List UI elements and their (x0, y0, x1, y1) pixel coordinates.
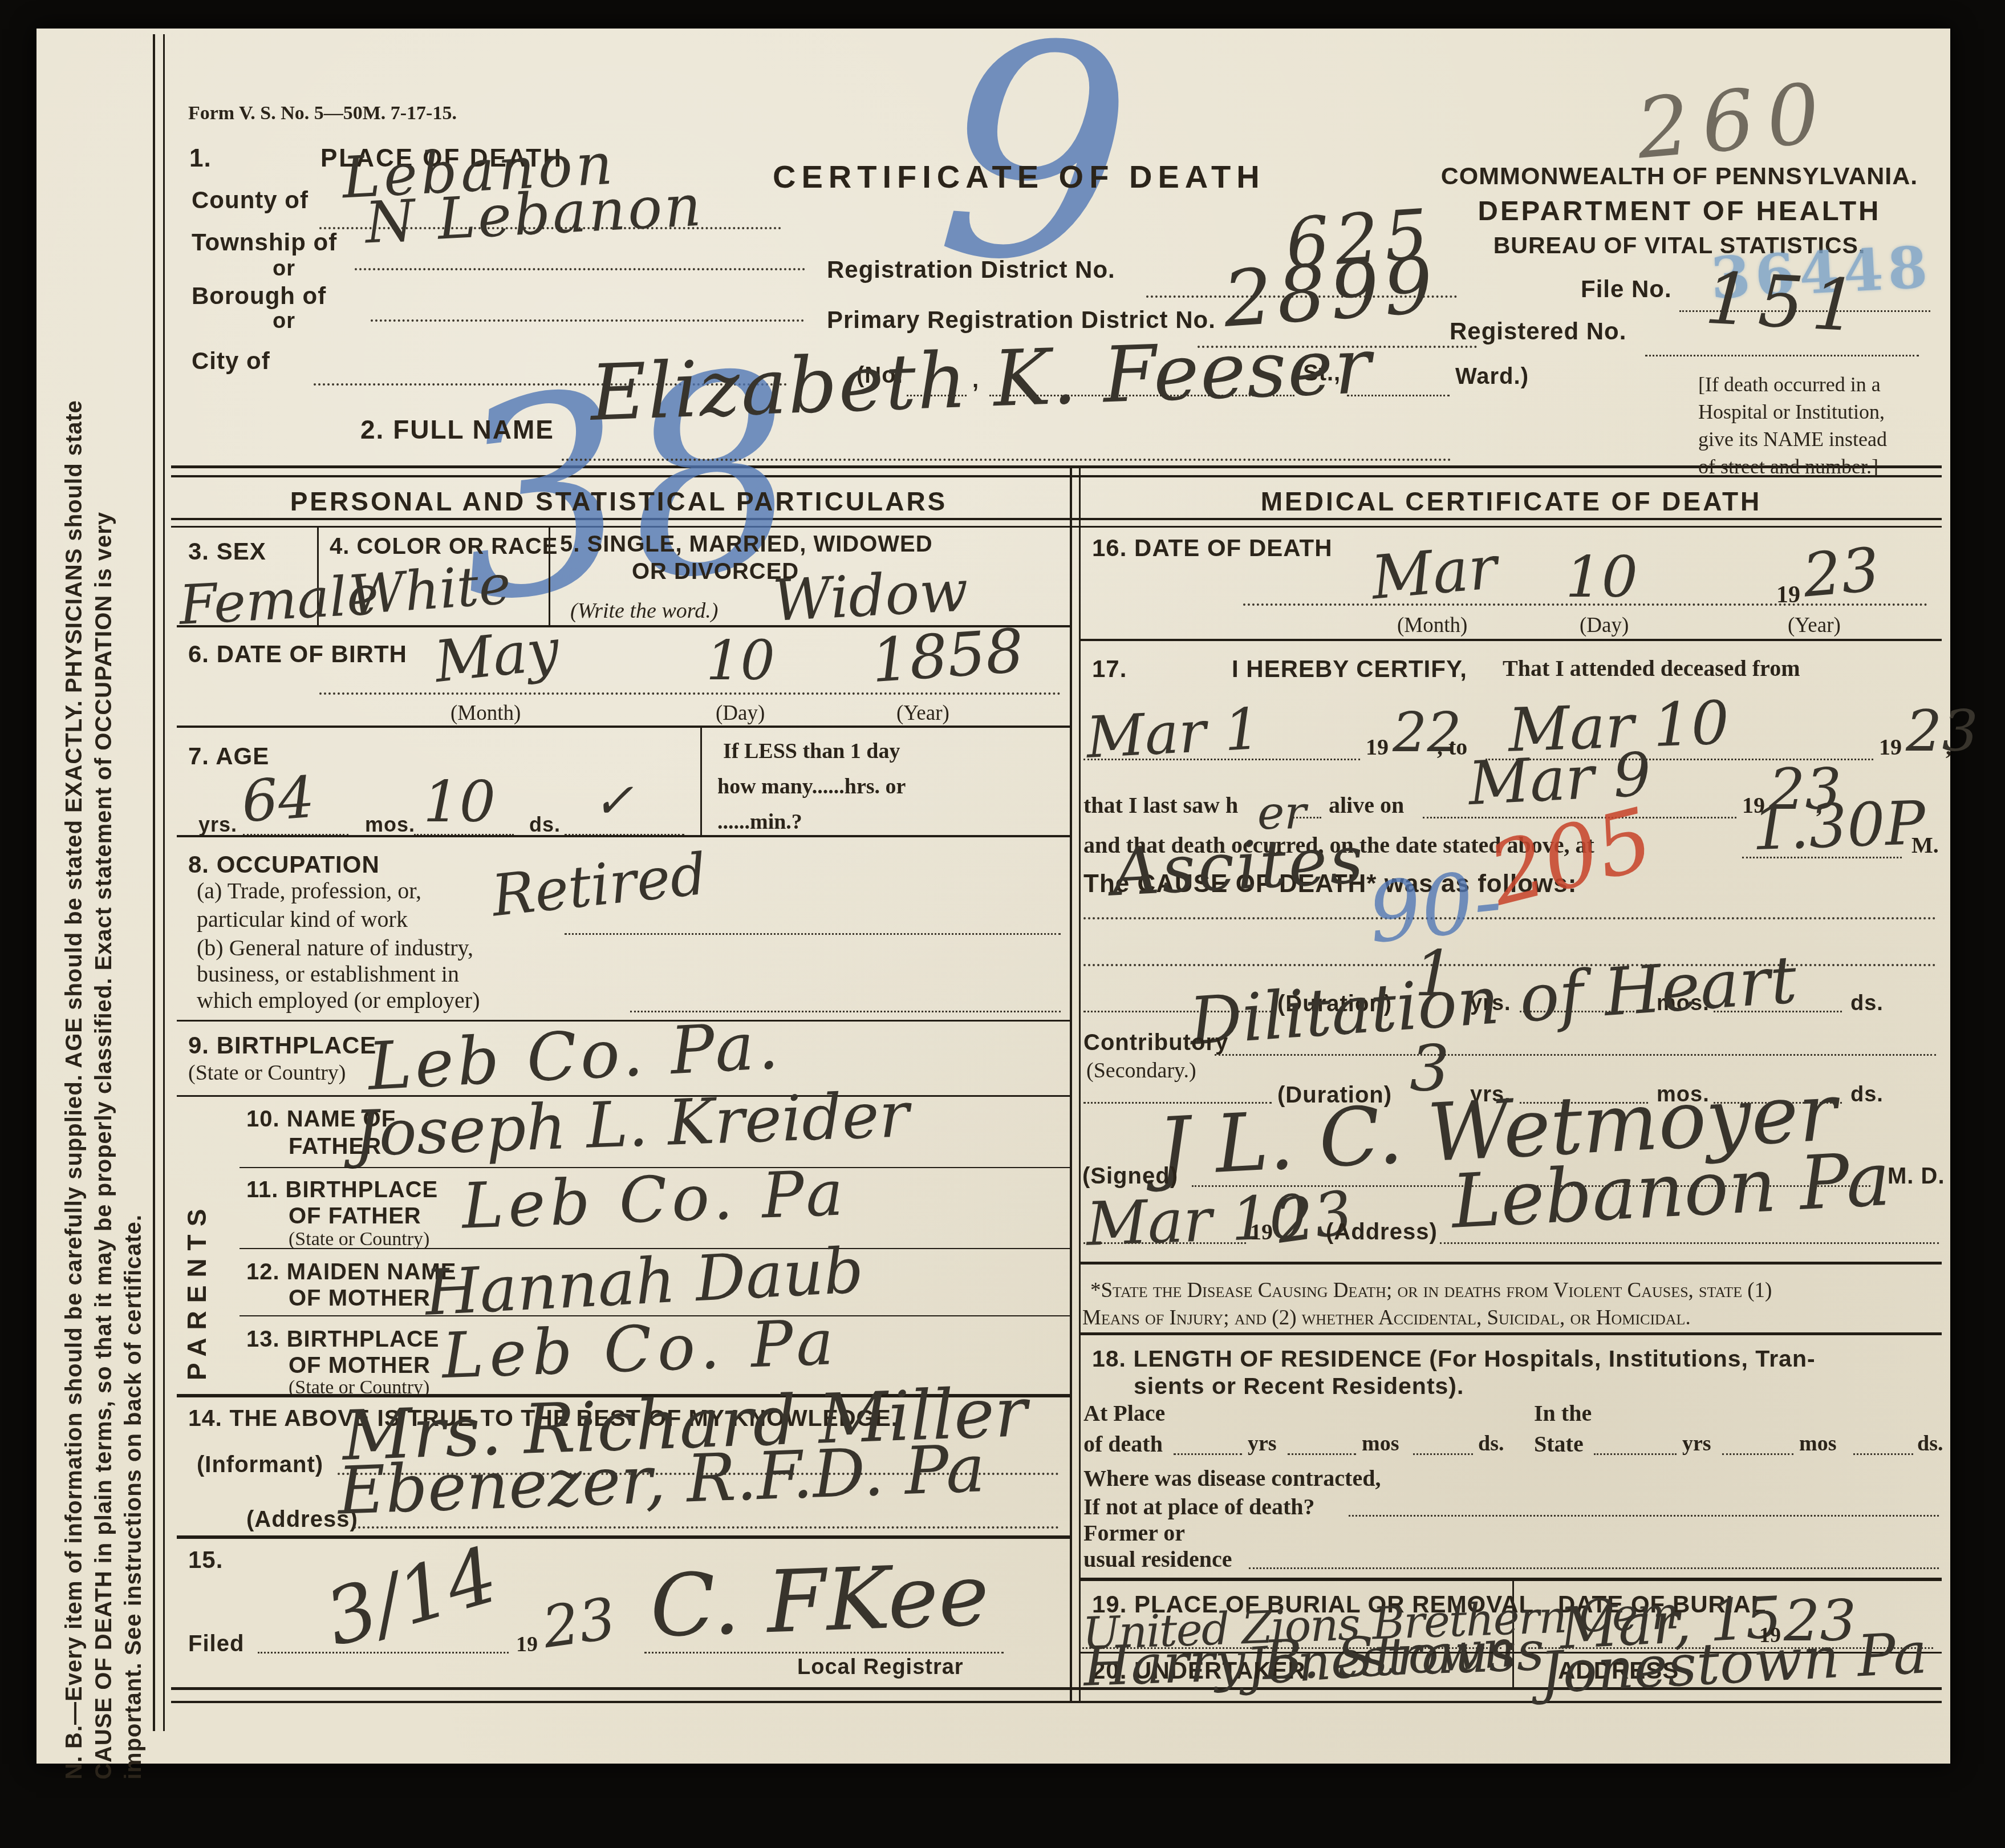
left-border-outer (153, 34, 155, 1731)
marital-value: Widow (772, 562, 970, 630)
hospital-note-line3: give its NAME instead (1698, 425, 1887, 453)
residence-label-line1: 18. LENGTH OF RESIDENCE (For Hospitals, … (1092, 1347, 1816, 1371)
date-of-death-month: Mar (1369, 538, 1500, 609)
column-divider-1 (1070, 465, 1072, 1703)
filed-year-prefix: 19 (516, 1634, 538, 1655)
color-value: White (347, 558, 513, 623)
duration1-ds-label: ds. (1850, 992, 1884, 1014)
mother-birthplace-value: Leb Co. Pa (441, 1311, 840, 1387)
registrar-line (644, 1652, 1004, 1654)
sign-address-label: (Address) (1326, 1221, 1438, 1243)
occupation-a-line1: (a) Trade, profession, or, (197, 880, 421, 902)
row7-rule (177, 835, 1070, 837)
registered-no-value: 151 (1703, 263, 1867, 343)
margin-note: N. B.—Every item of information should b… (59, 91, 148, 1780)
row14-rule (177, 1535, 1070, 1539)
md-label: M. D. (1888, 1165, 1945, 1188)
footnote-rule-bottom (1081, 1332, 1942, 1335)
attended-from-line (1083, 759, 1360, 760)
footnote-line1: *State the Disease Causing Death; or in … (1090, 1280, 1772, 1301)
date-of-death-label: 16. DATE OF DEATH (1092, 536, 1332, 560)
row18-rule (1081, 1578, 1942, 1581)
county-label: County of (192, 188, 309, 212)
contributory-line (1215, 1054, 1936, 1056)
date-of-death-line (1243, 603, 1927, 606)
age-years-value: 64 (240, 769, 316, 831)
informant-address-line (354, 1526, 1059, 1529)
of-death-ds-lead (1413, 1453, 1473, 1455)
dob-line (319, 692, 1061, 695)
township-value: N Lebanon (364, 177, 705, 252)
signed-label: (Signed) (1082, 1165, 1178, 1188)
less-than-line3: ......min.? (717, 811, 802, 833)
occupation-a-line (565, 933, 1061, 935)
registered-no-label: Registered No. (1450, 319, 1626, 343)
occupation-label: 8. OCCUPATION (188, 853, 380, 877)
row6-rule (177, 726, 1070, 728)
margin-note-line3: important. See instructions on back of c… (119, 91, 148, 1780)
place-mos-label: mos (1362, 1433, 1399, 1454)
marital-hint: (Write the word.) (570, 600, 718, 622)
dob-day-label: (Day) (716, 703, 765, 724)
of-death-mos-lead (1288, 1453, 1356, 1455)
usual-residence-label: usual residence (1083, 1548, 1232, 1571)
usual-residence-line (1249, 1567, 1939, 1569)
dob-year: 1858 (870, 621, 1026, 691)
to-label: , to (1437, 736, 1467, 759)
father-name-value: Joseph L. Kreider (352, 1083, 910, 1165)
section-divider-1 (171, 518, 1942, 520)
margin-note-line1: N. B.—Every item of information should b… (59, 91, 89, 1780)
sex-label: 3. SEX (188, 540, 266, 564)
department-line: DEPARTMENT OF HEALTH (1414, 197, 1945, 225)
of-death-yrs-lead (1174, 1453, 1242, 1455)
cause-of-death-value: Ascites (1110, 827, 1367, 906)
dob-month-label: (Month) (450, 703, 521, 724)
duration2-ds-label: ds. (1850, 1084, 1884, 1105)
m-label: M. (1911, 834, 1939, 857)
row16-rule (1081, 639, 1942, 641)
last-saw-label: that I last saw h (1083, 794, 1238, 817)
less-than-line2: how many......hrs. or (717, 776, 906, 797)
dod-year-label: (Year) (1788, 615, 1841, 636)
state-ds-label: ds. (1917, 1433, 1943, 1454)
state-mos-label: mos (1799, 1433, 1836, 1454)
section-divider-2 (171, 526, 1942, 528)
or-label-2: or (273, 310, 295, 332)
filed-year-suffix: 23 (539, 1590, 619, 1657)
state-label: State (1534, 1433, 1584, 1456)
informant-label: (Informant) (197, 1453, 323, 1476)
mos-label: mos. (365, 814, 415, 835)
commonwealth-line: COMMONWEALTH OF PENNSYLVANIA. (1414, 164, 1945, 189)
right-section-title: MEDICAL CERTIFICATE OF DEATH (1083, 488, 1939, 514)
last-saw-gap-line (1290, 817, 1321, 818)
township-line (355, 268, 805, 270)
item15-number: 15. (188, 1548, 223, 1572)
hospital-note-line4: of street and number.] (1698, 453, 1887, 480)
filed-line (258, 1652, 509, 1654)
place-yrs-label: yrs (1248, 1433, 1277, 1454)
father-birthplace-label2: OF FATHER (289, 1205, 421, 1227)
or-label-1: or (273, 258, 295, 279)
from-year-prefix: 19 (1366, 736, 1389, 759)
death-time-line (1742, 857, 1902, 858)
ward-label: Ward.) (1455, 365, 1529, 388)
date-of-death-day: 10 (1565, 549, 1638, 606)
hospital-note-line1: [If death occurred in a (1698, 371, 1887, 398)
to-year-prefix: 19 (1879, 736, 1902, 759)
mother-birthplace-label1: 13. BIRTHPLACE (246, 1328, 440, 1351)
bottom-rule-2 (171, 1701, 1942, 1703)
age-label: 7. AGE (188, 744, 269, 768)
filed-label: Filed (188, 1632, 244, 1655)
death-time-value: 1.30P (1751, 793, 1926, 860)
state-yrs-label: yrs (1682, 1433, 1711, 1454)
state-mos-lead (1722, 1453, 1793, 1455)
if-not-line (1349, 1515, 1939, 1517)
contributory-label: Contributory (1083, 1031, 1228, 1054)
state-yrs-lead (1594, 1453, 1677, 1455)
yrs-label: yrs. (198, 814, 237, 835)
dod-month-label: (Month) (1397, 615, 1467, 636)
mother-birthplace-label2: OF MOTHER (289, 1354, 431, 1377)
certify-rest-label: That I attended deceased from (1503, 657, 1800, 680)
registered-no-line (1645, 355, 1919, 356)
color-label: 4. COLOR OR RACE (330, 535, 558, 558)
dob-year-label: (Year) (896, 703, 949, 724)
where-contracted-label: Where was disease contracted, (1083, 1467, 1381, 1490)
dod-day-label: (Day) (1580, 615, 1629, 636)
of-death-label: of death (1083, 1433, 1163, 1456)
dob-day: 10 (706, 634, 775, 688)
full-name-label: 2. FULL NAME (360, 416, 554, 443)
attended-from-value: Mar 1 (1085, 700, 1262, 767)
occupation-a-line2: particular kind of work (197, 908, 408, 931)
margin-note-line2: CAUSE OF DEATH in plain terms, so that i… (89, 91, 119, 1780)
pencil-number-260: 260 (1633, 71, 1835, 171)
state-ds-lead (1853, 1453, 1913, 1455)
physician-address-value: Lebanon Pa (1450, 1142, 1892, 1239)
occupation-b-line1: (b) General nature of industry, (197, 937, 473, 959)
in-the-label: In the (1534, 1402, 1592, 1425)
item1-number: 1. (189, 146, 212, 171)
borough-label: Borough of (192, 284, 326, 308)
marital-label-1: 5. SINGLE, MARRIED, WIDOWED (560, 533, 933, 556)
to-year-suffix: 23 (1906, 703, 1978, 760)
parents-label: PARENTS (184, 1201, 210, 1380)
father-birthplace-hint: (State or Country) (289, 1230, 429, 1249)
alive-on-label: alive on (1329, 794, 1404, 817)
registrar-signature: C. FKee (649, 1553, 991, 1650)
father-birthplace-value: Leb Co. Pa (461, 1161, 849, 1238)
birthplace-hint: (State or Country) (188, 1062, 346, 1084)
age-days-value: ✓ (593, 777, 634, 825)
to-comma: , (1946, 736, 1951, 759)
certify-bold-label: I HEREBY CERTIFY, (1232, 657, 1467, 681)
hospital-note: [If death occurred in a Hospital or Inst… (1698, 371, 1887, 480)
hospital-note-line2: Hospital or Institution, (1698, 398, 1887, 425)
undertaker-value: Harry B. Strauss (1083, 1624, 1545, 1695)
sign-address-line (1440, 1242, 1939, 1244)
sign-date-line (1083, 1242, 1246, 1244)
birthplace-label: 9. BIRTHPLACE (188, 1034, 376, 1057)
if-not-label: If not at place of death? (1083, 1496, 1315, 1518)
ds-label: ds. (529, 814, 561, 835)
footnote-line2: Means of Injury; and (2) whether Acciden… (1082, 1307, 1691, 1328)
full-name-line (562, 459, 1451, 461)
item17-number: 17. (1092, 657, 1127, 681)
registration-district-label: Registration District No. (827, 258, 1115, 282)
place-ds-label: ds. (1478, 1433, 1504, 1454)
sign-year-prefix: 19 (1250, 1221, 1273, 1243)
former-or-label: Former or (1083, 1522, 1185, 1545)
less-than-line1: If LESS than 1 day (723, 740, 900, 762)
age-cell-divider (700, 728, 702, 835)
mother-name-label2: OF MOTHER (289, 1287, 431, 1310)
age-months-value: 10 (423, 773, 496, 830)
father-birthplace-label1: 11. BIRTHPLACE (246, 1178, 438, 1201)
top-divider-2 (171, 475, 1942, 477)
city-label: City of (192, 349, 270, 373)
footnote-rule-top (1081, 1262, 1942, 1265)
dob-label: 6. DATE OF BIRTH (188, 642, 407, 666)
top-divider-1 (171, 465, 1942, 468)
registrar-label: Local Registrar (797, 1656, 964, 1678)
form-number: Form V. S. No. 5—50M. 7-17-15. (188, 104, 457, 123)
left-border-inner (163, 34, 165, 1731)
secondary-label: (Secondary.) (1086, 1060, 1196, 1081)
township-label: Township of (192, 230, 337, 254)
column-divider-2 (1079, 465, 1081, 1703)
occupation-b-line3: which employed (or employer) (197, 989, 480, 1012)
at-place-label: At Place (1083, 1402, 1165, 1425)
occupation-b-line2: business, or establishment in (197, 963, 459, 986)
file-no-label: File No. (1581, 277, 1672, 301)
certificate-title: CERTIFICATE OF DEATH (773, 161, 1265, 193)
dob-month: May (432, 621, 562, 691)
left-section-title: PERSONAL AND STATISTICAL PARTICULARS (182, 488, 1055, 514)
date-of-death-year-suffix: 23 (1801, 540, 1882, 606)
residence-label-line2: sients or Recent Residents). (1134, 1375, 1464, 1398)
